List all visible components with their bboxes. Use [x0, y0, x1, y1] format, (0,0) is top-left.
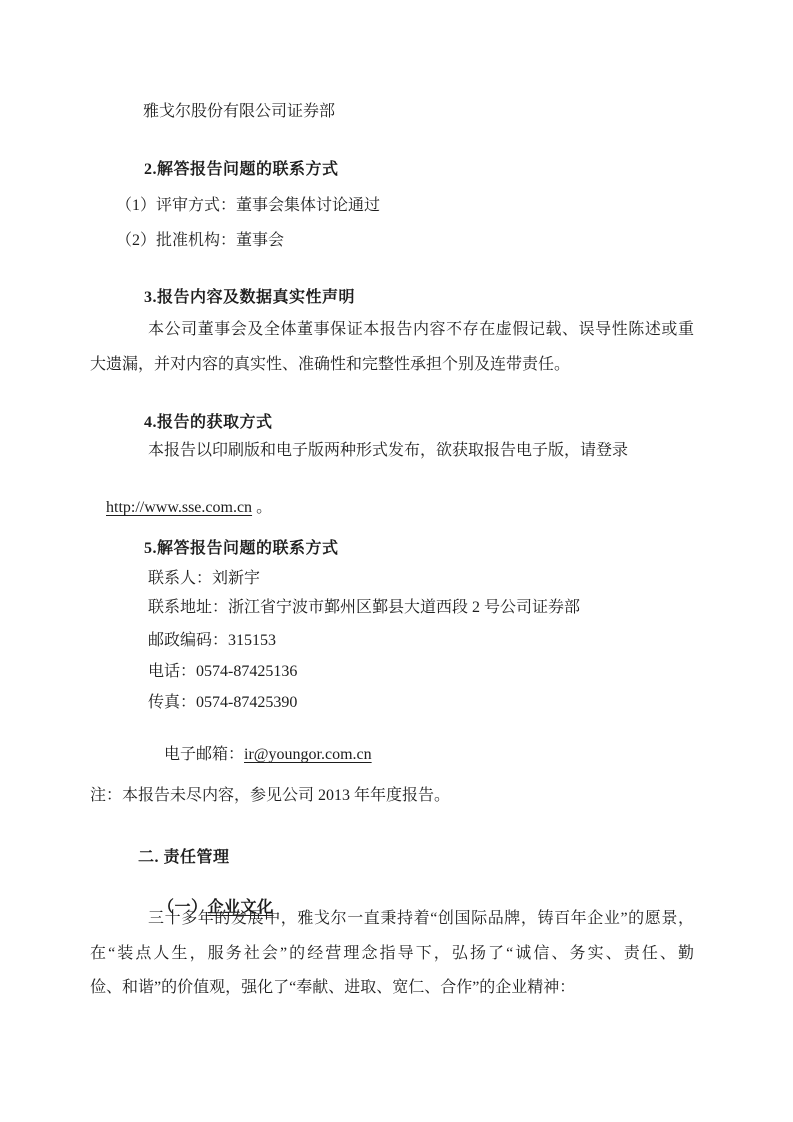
- section4-heading: 4.报告的获取方式: [144, 412, 273, 434]
- section5-heading: 5.解答报告问题的联系方式: [144, 538, 339, 560]
- contact-postcode: 邮政编码：315153: [148, 630, 276, 652]
- contact-email-line: 电子邮箱：ir@youngor.com.cn: [148, 722, 372, 788]
- sse-url-link[interactable]: http://www.sse.com.cn: [106, 499, 252, 516]
- section2-item-approval: （2）批准机构：董事会: [116, 230, 284, 252]
- email-label: 电子邮箱：: [164, 746, 244, 763]
- note-line: 注：本报告未尽内容，参见公司 2013 年年度报告。: [90, 785, 450, 807]
- contact-address: 联系地址：浙江省宁波市鄞州区鄞县大道西段 2 号公司证券部: [148, 597, 580, 619]
- section4-url-line: http://www.sse.com.cn 。: [90, 475, 272, 541]
- section2-item-review: （1）评审方式：董事会集体讨论通过: [116, 195, 380, 217]
- paragraph-line: 本公司董事会及全体董事保证本报告内容不存在虚假记载、误导性陈述或重: [90, 312, 694, 347]
- paragraph-line: 俭、和谐”的价值观，强化了“奉献、进取、宽仁、合作”的企业精神：: [90, 971, 694, 1006]
- url-suffix: 。: [252, 499, 272, 516]
- section3-paragraph: 本公司董事会及全体董事保证本报告内容不存在虚假记载、误导性陈述或重 大遗漏，并对…: [90, 312, 694, 382]
- paragraph-line: 大遗漏，并对内容的真实性、准确性和完整性承担个别及连带责任。: [90, 347, 694, 382]
- contact-person: 联系人：刘新宇: [148, 568, 260, 590]
- paragraph-line: 三十多年的发展中，雅戈尔一直秉持着“创国际品牌，铸百年企业”的愿景，: [90, 902, 694, 937]
- section4-intro: 本报告以印刷版和电子版两种形式发布，欲获取报告电子版，请登录: [148, 440, 628, 462]
- department-line: 雅戈尔股份有限公司证券部: [143, 101, 335, 123]
- document-page: 雅戈尔股份有限公司证券部 2.解答报告问题的联系方式 （1）评审方式：董事会集体…: [0, 0, 793, 1122]
- contact-fax: 传真：0574-87425390: [148, 692, 297, 714]
- culture-paragraph: 三十多年的发展中，雅戈尔一直秉持着“创国际品牌，铸百年企业”的愿景， 在“装点人…: [90, 902, 694, 1006]
- section2-heading: 2.解答报告问题的联系方式: [144, 159, 339, 181]
- section3-heading: 3.报告内容及数据真实性声明: [144, 287, 355, 309]
- email-link[interactable]: ir@youngor.com.cn: [244, 746, 372, 763]
- contact-phone: 电话：0574-87425136: [148, 661, 297, 683]
- paragraph-line: 在“装点人生，服务社会”的经营理念指导下，弘扬了“诚信、务实、责任、勤: [90, 937, 694, 972]
- part2-heading: 二. 责任管理: [138, 847, 230, 869]
